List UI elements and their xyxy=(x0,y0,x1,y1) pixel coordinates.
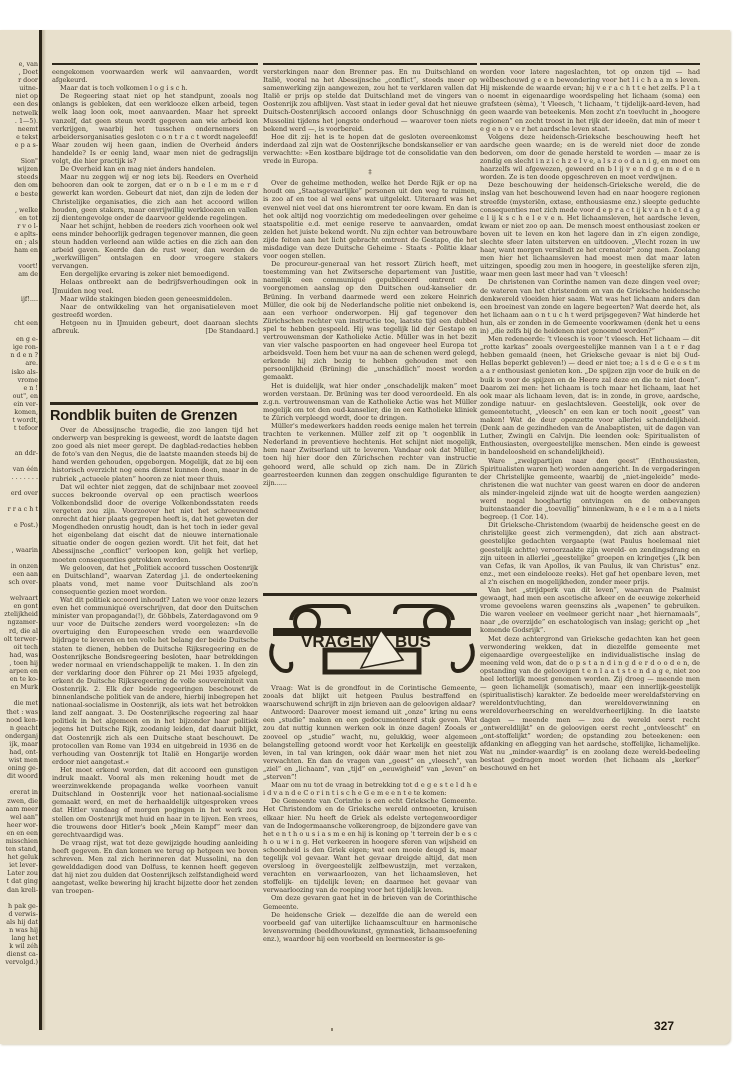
paragraph: Een dergelijke ervaring is zeker niet be… xyxy=(52,270,258,278)
svg-text:VRAGEN: VRAGEN xyxy=(301,632,374,651)
fragment-line: lang het xyxy=(0,934,38,942)
fragment-line: vervolgd.) xyxy=(0,958,38,966)
paragraph: Hetgeen nu in IJmuiden gebeurt, doet daa… xyxy=(52,319,258,335)
fragment-line: in onzen xyxy=(0,562,38,570)
page-number: 327 xyxy=(654,1019,674,1033)
paragraph: Wat dit politiek accoord inhoudt? Laten … xyxy=(52,596,258,766)
fragment-line: van één xyxy=(0,465,38,473)
paragraph: Hoe dit zij: het is te hopen dat de gesl… xyxy=(263,133,477,165)
fragment-line: ige ron- xyxy=(0,343,38,351)
fragment-line: an ddr- xyxy=(0,449,38,457)
fragment-line: zwen, die xyxy=(0,797,38,805)
fragment-line: oning ge- xyxy=(0,764,38,772)
paragraph: Het is duidelijk, wat hier onder „onscha… xyxy=(263,382,477,422)
vragenbus-column: Vraag: Wat is de grondfout in de Corinti… xyxy=(263,684,477,1032)
paragraph: Maar om nu tot de vraag in betrekking to… xyxy=(263,781,477,797)
fragment-line: voort! xyxy=(0,262,38,270)
fragment-line: r door xyxy=(0,76,38,84)
previous-page-text-fragment: e, van, Doetr dooruitne-niet opeen desne… xyxy=(0,60,38,967)
fragment-line: niet op xyxy=(0,92,38,100)
fragment-line: en gont xyxy=(0,602,38,610)
fragment-line: Later zou xyxy=(0,869,38,877)
fragment-line: erd over xyxy=(0,489,38,497)
paragraph: Ware „zwelgpartijen naar den geest” (Ent… xyxy=(480,457,700,522)
fragment-line: t tefoor xyxy=(0,424,38,432)
fragment-line xyxy=(0,513,38,521)
column-top-rule xyxy=(52,63,258,65)
fragment-line xyxy=(0,287,38,295)
paragraph: Antwoord: Daarover moest iemand uit „onz… xyxy=(263,708,477,781)
fragment-line: n was hij xyxy=(0,926,38,934)
paragraph: De Overheid kan en mag niet ánders hande… xyxy=(52,165,258,173)
fragment-line: am de xyxy=(0,270,38,278)
fragment-line xyxy=(0,327,38,335)
fragment-line: steeds xyxy=(0,173,38,181)
paragraph: De christenen van Corinthe namen van dez… xyxy=(480,278,700,335)
fragment-line: . . . . . . . xyxy=(0,473,38,481)
fragment-line: e aplts- xyxy=(0,230,38,238)
fragment-line: ten stand, xyxy=(0,845,38,853)
fragment-line: t dat ging xyxy=(0,877,38,885)
paragraph: Met deze achtergrond van Grieksche gedac… xyxy=(480,635,700,773)
paragraph: De procureur-generaal van het ressort Zü… xyxy=(263,260,477,381)
paragraph: Deze beschouwing der heidensch-Grieksche… xyxy=(480,181,700,278)
fragment-line xyxy=(0,529,38,537)
fragment-line: olt terwer- xyxy=(0,635,38,643)
fragment-line xyxy=(0,481,38,489)
article-rondblik-column: Over de Abessijnsche tragedie, die zoo l… xyxy=(52,426,258,1032)
fragment-line: en ; als xyxy=(0,238,38,246)
fragment-line: e n ! xyxy=(0,384,38,392)
paragraph: eengekomen voorwaarden werk wil aanvaard… xyxy=(52,68,258,84)
fragment-line: neemt xyxy=(0,125,38,133)
fragment-line: ztelijkheid xyxy=(0,610,38,618)
fragment-line: dienst ca- xyxy=(0,950,38,958)
fragment-line: had, ont- xyxy=(0,748,38,756)
fragment-line: had, was xyxy=(0,651,38,659)
fragment-line: are. xyxy=(0,359,38,367)
paragraph: Om deze gevaren gaat het in de brieven v… xyxy=(263,894,477,910)
fragment-line: dit woord xyxy=(0,772,38,780)
fragment-line xyxy=(0,254,38,262)
fragment-line xyxy=(0,780,38,788)
fragment-line: arpen en xyxy=(0,667,38,675)
paragraph: Volgens deze heidensch-Grieksche beschou… xyxy=(480,133,700,182)
paragraph: Dit Grieksche-Christendom (waarbij de he… xyxy=(480,521,700,586)
paragraph: Maar dat is toch volkomen l o g i s c h. xyxy=(52,84,258,92)
fragment-line xyxy=(0,279,38,287)
fragment-line xyxy=(0,586,38,594)
fragment-line xyxy=(0,554,38,562)
paragraph: Naar de ontwikkeling van het organisatie… xyxy=(52,303,258,319)
paragraph: Helaas ontbreekt aan de bedrijfsverhoudi… xyxy=(52,278,258,294)
fragment-line xyxy=(0,149,38,157)
fragment-line: en te ko- xyxy=(0,675,38,683)
fragment-line: k wil zéh xyxy=(0,942,38,950)
fragment-line: t wordt, xyxy=(0,416,38,424)
paragraph: Het moet erkend worden, dat dit accoord … xyxy=(52,766,258,839)
paragraph: Maar wilde stakingen bieden geen geneesm… xyxy=(52,295,258,303)
svg-text:BUS: BUS xyxy=(395,632,431,651)
fragment-line: en Murk xyxy=(0,683,38,691)
fragment-line: , waarin xyxy=(0,546,38,554)
fragment-line: wijzen xyxy=(0,165,38,173)
fragment-line: iet lever- xyxy=(0,861,38,869)
fragment-line: ijk, maar xyxy=(0,740,38,748)
fragment-line xyxy=(0,432,38,440)
paragraph: ‡ xyxy=(263,168,477,176)
fragment-line: ein ver- xyxy=(0,400,38,408)
fragment-line: . 1—5). xyxy=(0,117,38,125)
fragment-line: ngzamer- xyxy=(0,618,38,626)
paragraph: Men redeneerde: 't vleesch is voor 't vl… xyxy=(480,335,700,456)
fragment-line: wel aan" xyxy=(0,813,38,821)
paragraph: Van het „strijdperk van dit leven”, waar… xyxy=(480,586,700,635)
headline-rondblik: Rondblik buiten de Grenzen xyxy=(50,408,256,424)
paragraph: Vraag: Wat is de grondfout in de Corinti… xyxy=(263,684,477,708)
fragment-line: en tot xyxy=(0,214,38,222)
page-gutter-shadow xyxy=(42,30,46,1030)
fragment-line: out", en xyxy=(0,392,38,400)
fragment-line: dan kreli- xyxy=(0,886,38,894)
fragment-line: die met xyxy=(0,699,38,707)
fragment-line: en g e- xyxy=(0,335,38,343)
paragraph: De vraag rijst, wat tot deze gewijzigde … xyxy=(52,839,258,896)
fragment-line: cht een xyxy=(0,319,38,327)
fragment-line: e p a s- xyxy=(0,141,38,149)
fragment-line xyxy=(0,894,38,902)
vragenbus-logo: VRAGEN BUS xyxy=(263,600,481,680)
fragment-line: Sion" xyxy=(0,157,38,165)
fragment-line: welvaart xyxy=(0,594,38,602)
fragment-line: een aan xyxy=(0,570,38,578)
paragraph: Naar het schijnt, hebben de reeders zich… xyxy=(52,222,258,271)
fragment-line: aam meer xyxy=(0,805,38,813)
fragment-line: ham en xyxy=(0,246,38,254)
fragment-line: e tekst xyxy=(0,133,38,141)
fragment-line: nood ken- xyxy=(0,716,38,724)
fragment-line: een des xyxy=(0,100,38,108)
fragment-line xyxy=(0,198,38,206)
fragment-line: thet : was xyxy=(0,708,38,716)
paragraph: De heidensche Griek — dezelfde die aan d… xyxy=(263,911,477,943)
fragment-line: rd, die al xyxy=(0,627,38,635)
fragment-line xyxy=(0,691,38,699)
fragment-line: uitne- xyxy=(0,84,38,92)
paragraph: De Gemeente van Corinthe is een echt Gri… xyxy=(263,797,477,894)
source-attribution: [De Standaard.] xyxy=(197,327,258,335)
paragraph: Dat wil echter niet zeggen, dat de schij… xyxy=(52,483,258,564)
fragment-line: ererat in xyxy=(0,788,38,796)
fragment-line xyxy=(0,497,38,505)
fragment-line: en en een xyxy=(0,829,38,837)
fragment-line: heer wor- xyxy=(0,821,38,829)
fragment-line xyxy=(0,457,38,465)
fragment-line: den om xyxy=(0,181,38,189)
page-mark xyxy=(331,1028,333,1031)
article-separator-rule xyxy=(50,402,258,405)
fragment-line: , welke xyxy=(0,206,38,214)
fragment-line: oit tech xyxy=(0,643,38,651)
fragment-line: ijf!.... xyxy=(0,295,38,303)
article-ijmuiden-column: eengekomen voorwaarden werk wil aanvaard… xyxy=(52,68,258,398)
fragment-line: r r a c h t xyxy=(0,505,38,513)
fragment-line xyxy=(0,303,38,311)
vragenbus-continued-column: worden voor latere nageslachten, tot op … xyxy=(480,68,700,1020)
fragment-line: netwelk xyxy=(0,109,38,117)
fragment-line: , Doet xyxy=(0,68,38,76)
paragraph: Over de Abessijnsche tragedie, die zoo l… xyxy=(52,426,258,483)
fragment-line: e beste xyxy=(0,190,38,198)
fragment-line: h pak ge- xyxy=(0,902,38,910)
fragment-line: wist men xyxy=(0,756,38,764)
paragraph: Over de geheime methoden, welke het Derd… xyxy=(263,179,477,260)
fragment-line: sch over- xyxy=(0,578,38,586)
fragment-line: , toen hij xyxy=(0,659,38,667)
fragment-line xyxy=(0,311,38,319)
fragment-line: e Post.) xyxy=(0,521,38,529)
fragment-line: als hij dat xyxy=(0,918,38,926)
fragment-line: vrome xyxy=(0,376,38,384)
fragment-line xyxy=(0,440,38,448)
vragenbus-top-rule xyxy=(263,593,477,596)
paragraph: Maar nu zeggen wij er nog iets bij. Reed… xyxy=(52,173,258,222)
paragraph: Müller's medewerkers hadden reeds eenige… xyxy=(263,422,477,487)
paragraph: De Regeering staat niet op het standpunt… xyxy=(52,92,258,165)
paragraph: versterkingen naar den Brenner pas. En n… xyxy=(263,68,477,133)
paragraph: We gelooven, dat het „Politiek accoord t… xyxy=(52,564,258,596)
fragment-line: n d e n ? xyxy=(0,351,38,359)
fragment-line: isko als- xyxy=(0,368,38,376)
column-top-rule xyxy=(263,63,477,65)
fragment-line xyxy=(0,538,38,546)
fragment-line: misschien xyxy=(0,837,38,845)
fragment-line: e, van xyxy=(0,60,38,68)
column-top-rule xyxy=(480,63,700,65)
article-rondblik-continued-column: versterkingen naar den Brenner pas. En n… xyxy=(263,68,477,590)
fragment-line: d verwis- xyxy=(0,910,38,918)
fragment-line: r v o l- xyxy=(0,222,38,230)
fragment-line: het geluk xyxy=(0,853,38,861)
fragment-line: n geacht xyxy=(0,724,38,732)
paragraph: worden voor latere nageslachten, tot op … xyxy=(480,68,700,133)
fragment-line: onderganj xyxy=(0,732,38,740)
fragment-line: komen, xyxy=(0,408,38,416)
